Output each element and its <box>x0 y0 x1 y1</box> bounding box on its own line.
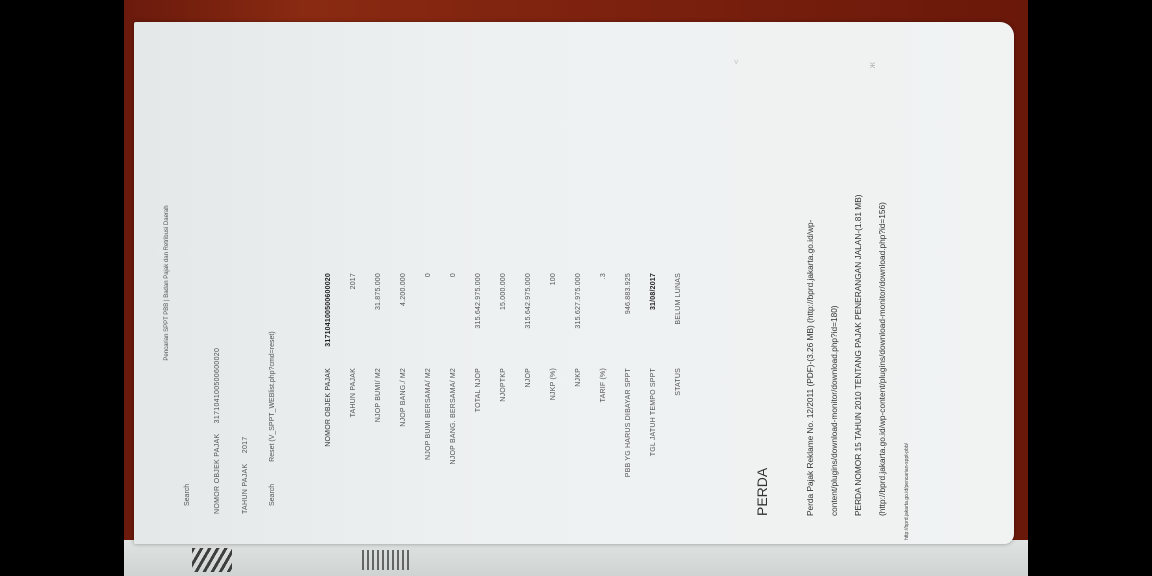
table-row: NJOP BANG. BERSAMA/ M20 <box>441 273 466 496</box>
perda-heading: PERDA <box>754 468 770 516</box>
perda-link-penerangan-jalan-cont[interactable]: (http://bprd.jakarta.go.id/wp-content/pl… <box>870 46 894 516</box>
table-row: NJOP BUMI/ M231.875.000 <box>366 273 391 496</box>
row-value: 946.883.925 <box>616 273 641 368</box>
row-label: TARIF (%) <box>591 368 616 496</box>
table-row: PBB YG HARUS DIBAYAR SPPT946.883.925 <box>616 273 641 496</box>
row-label: NJKP <box>566 368 591 496</box>
footer-url: http://bprd.jakarta.go.id/pencarian-sppt… <box>904 443 910 540</box>
row-value: 315.642.975.000 <box>466 273 491 368</box>
perda-links: Perda Pajak Reklame No. 12/2011 (PDF)-(3… <box>798 46 894 516</box>
perda-link-reklame-cont[interactable]: content/plugins/download-monitor/downloa… <box>822 46 846 516</box>
sppt-result-table: NOMOR OBJEK PAJAK317104100500600020TAHUN… <box>316 273 691 496</box>
row-label: NJOP <box>516 368 541 496</box>
tahun-pajak-label: TAHUN PAJAK <box>242 464 249 515</box>
check-mark: < <box>732 59 741 64</box>
row-label: NJOP BANG./ M2 <box>391 368 416 496</box>
row-value: 317104100500600020 <box>316 273 341 368</box>
row-value: 0 <box>416 273 441 368</box>
page-header: Pencarian SPPT PBB | Badan Pajak dan Ret… <box>164 22 170 544</box>
perda-link-penerangan-jalan[interactable]: PERDA NOMOR 15 TAHUN 2010 TENTANG PAJAK … <box>846 46 870 516</box>
table-row: TAHUN PAJAK2017 <box>341 273 366 496</box>
table-row: NJKP315.627.975.000 <box>566 273 591 496</box>
table-row: NOMOR OBJEK PAJAK317104100500600020 <box>316 273 341 496</box>
row-value: 2017 <box>341 273 366 368</box>
table-row: TGL JATUH TEMPO SPPT31/08/2017 <box>641 273 666 496</box>
rotated-page-content: Pencarian SPPT PBB | Badan Pajak dan Ret… <box>134 22 1014 544</box>
row-label: NJKP (%) <box>541 368 566 496</box>
nop-input-value[interactable]: 317104100500600020 <box>214 348 221 423</box>
table-row: NJKP (%)100 <box>541 273 566 496</box>
row-label: NOMOR OBJEK PAJAK <box>316 368 341 496</box>
form-nomor-objek-pajak: NOMOR OBJEK PAJAK 317104100500600020 <box>214 348 221 514</box>
pen-scribble <box>192 548 232 572</box>
row-label: NJOPTKP <box>491 368 516 496</box>
underlying-paper-sheet <box>124 540 1028 576</box>
printed-paper: Pencarian SPPT PBB | Badan Pajak dan Ret… <box>134 22 1014 544</box>
row-value: 31/08/2017 <box>641 273 666 368</box>
tahun-pajak-input-value[interactable]: 2017 <box>242 436 249 453</box>
row-value: 315.642.975.000 <box>516 273 541 368</box>
nop-label: NOMOR OBJEK PAJAK <box>214 434 221 514</box>
row-label: TGL JATUH TEMPO SPPT <box>641 368 666 496</box>
row-label: NJOP BANG. BERSAMA/ M2 <box>441 368 466 496</box>
row-label: PBB YG HARUS DIBAYAR SPPT <box>616 368 641 496</box>
table-row: STATUSBELUM LUNAS <box>666 273 691 496</box>
row-label: TOTAL NJOP <box>466 368 491 496</box>
table-row: NJOPTKP15.000.000 <box>491 273 516 496</box>
table-row: NJOP BANG./ M24.200.000 <box>391 273 416 496</box>
row-value: 15.000.000 <box>491 273 516 368</box>
row-value: 100 <box>541 273 566 368</box>
row-value: 0 <box>441 273 466 368</box>
table-row: NJOP BUMI BERSAMA/ M20 <box>416 273 441 496</box>
row-label: TAHUN PAJAK <box>341 368 366 496</box>
form-actions: Search Reset (V_SPPT_WEBlist.php?cmd=res… <box>269 331 276 506</box>
row-value: .3 <box>591 273 616 368</box>
row-value: BELUM LUNAS <box>666 273 691 368</box>
search-link-top[interactable]: Search <box>184 484 191 506</box>
reset-link[interactable]: Reset (V_SPPT_WEBlist.php?cmd=reset) <box>269 331 276 462</box>
table-row: TOTAL NJOP315.642.975.000 <box>466 273 491 496</box>
search-button[interactable]: Search <box>269 484 276 506</box>
printed-pattern <box>362 550 412 570</box>
perda-link-reklame[interactable]: Perda Pajak Reklame No. 12/2011 (PDF)-(3… <box>798 46 822 516</box>
table-row: NJOP315.642.975.000 <box>516 273 541 496</box>
row-label: NJOP BUMI BERSAMA/ M2 <box>416 368 441 496</box>
row-value: 31.875.000 <box>366 273 391 368</box>
table-row: TARIF (%).3 <box>591 273 616 496</box>
row-label: STATUS <box>666 368 691 496</box>
row-value: 315.627.975.000 <box>566 273 591 368</box>
row-label: NJOP BUMI/ M2 <box>366 368 391 496</box>
form-tahun-pajak: TAHUN PAJAK 2017 <box>242 436 249 514</box>
row-value: 4.200.000 <box>391 273 416 368</box>
